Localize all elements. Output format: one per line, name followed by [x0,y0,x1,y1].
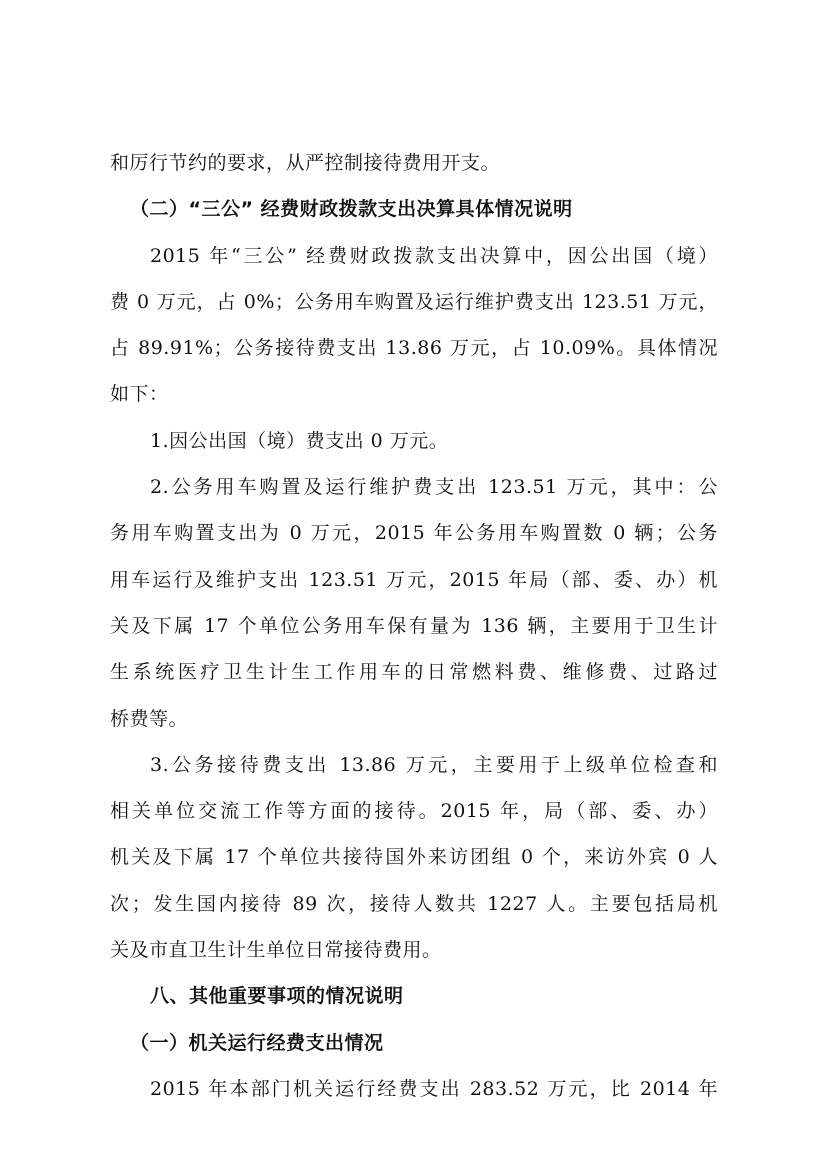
paragraph-line: 次；发生国内接待 89 次，接待人数共 1227 人。主要包括局机 [110,881,718,927]
paragraph-line: 生系统医疗卫生计生工作用车的日常燃料费、维修费、过路过 [110,649,718,695]
paragraph-line: 用车运行及维护支出 123.51 万元，2015 年局（部、委、办）机 [110,557,718,603]
list-item-2: 2.公务用车购置及运行维护费支出 123.51 万元，其中：公 [110,464,718,510]
paragraph-line: 相关单位交流工作等方面的接待。2015 年，局（部、委、办） [110,788,718,834]
list-item-1: 1.因公出国（境）费支出 0 万元。 [110,418,718,464]
paragraph-line: 2015 年本部门机关运行经费支出 283.52 万元，比 2014 年 [110,1066,718,1112]
paragraph-line: 桥费等。 [110,696,718,742]
section-heading-other-matters: 八、其他重要事项的情况说明 [110,973,718,1019]
paragraph-line: 如下： [110,371,718,417]
subsection-heading-operating-expenses: （一）机关运行经费支出情况 [110,1020,718,1066]
paragraph-line: 2015 年“三公” 经费财政拨款支出决算中，因公出国（境） [110,233,718,279]
paragraph-line: 机关及下属 17 个单位共接待国外来访团组 0 个，来访外宾 0 人 [110,834,718,880]
paragraph-line: 费 0 万元，占 0%；公务用车购置及运行维护费支出 123.51 万元， [110,279,718,325]
list-item-3: 3.公务接待费支出 13.86 万元，主要用于上级单位检查和 [110,742,718,788]
document-page: 和厉行节约的要求，从严控制接待费用开支。 （二）“三公” 经费财政拨款支出决算具… [110,140,718,1112]
paragraph-line: 和厉行节约的要求，从严控制接待费用开支。 [110,140,718,186]
paragraph-line: 务用车购置支出为 0 万元，2015 年公务用车购置数 0 辆；公务 [110,510,718,556]
subsection-heading-sangong: （二）“三公” 经费财政拨款支出决算具体情况说明 [110,186,718,232]
paragraph-line: 关及市直卫生计生单位日常接待费用。 [110,927,718,973]
paragraph-line: 占 89.91%；公务接待费支出 13.86 万元，占 10.09%。具体情况 [110,325,718,371]
paragraph-line: 关及下属 17 个单位公务用车保有量为 136 辆，主要用于卫生计 [110,603,718,649]
